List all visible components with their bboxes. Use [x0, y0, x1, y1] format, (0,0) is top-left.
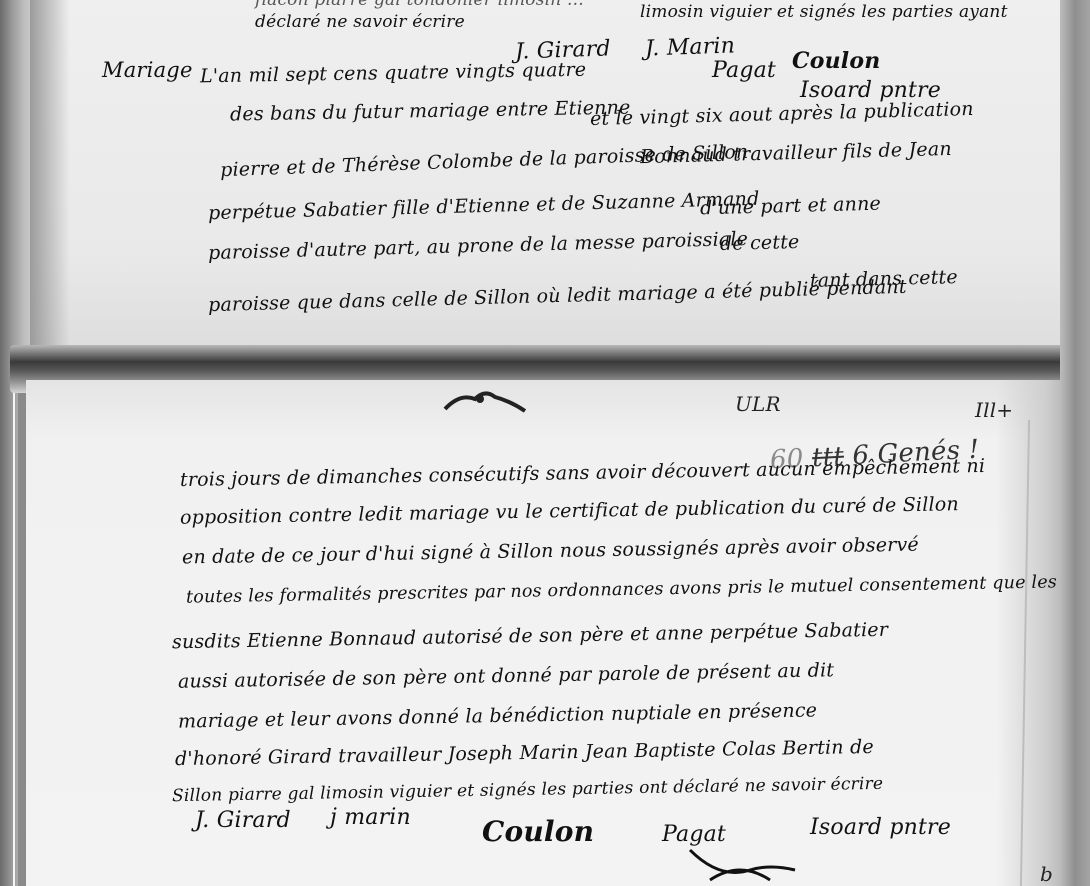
binding-right-edge	[1060, 0, 1090, 886]
corner-mark: b	[1040, 862, 1053, 886]
signature-coulon-top: Coulon	[792, 48, 880, 74]
signature-marin-bottom: j marin	[330, 805, 411, 830]
continued-line-1b: limosin viguier et signés les parties ay…	[640, 2, 1008, 22]
signature-coulon-bottom: Coulon	[482, 815, 594, 848]
lower-sheet-curl	[996, 380, 1066, 886]
signature-pagat-top: Pagat	[712, 58, 776, 83]
continued-line-1: déclaré ne savoir écrire	[255, 12, 465, 32]
binding-seam	[13, 370, 15, 886]
margin-note-mariage: Mariage	[102, 58, 193, 82]
signature-flourish	[680, 840, 800, 886]
declared-text: déclaré ne savoir écrire	[255, 12, 465, 32]
ink-blot-mark	[440, 385, 530, 415]
upper-sheet-shadow	[30, 0, 70, 360]
continued-line-0: fiacon piarre gal tondonier limosin ...	[255, 0, 584, 10]
upper-entry-line-3b: de cette	[720, 231, 800, 255]
header-mark-ulr: ULR	[735, 392, 781, 416]
header-mark-ill: Ill+	[975, 398, 1013, 422]
signature-isoard-bottom: Isoard pntre	[810, 815, 951, 840]
signature-girard-bottom: J. Girard	[195, 808, 291, 833]
scanned-document: fiacon piarre gal tondonier limosin ... …	[0, 0, 1090, 886]
